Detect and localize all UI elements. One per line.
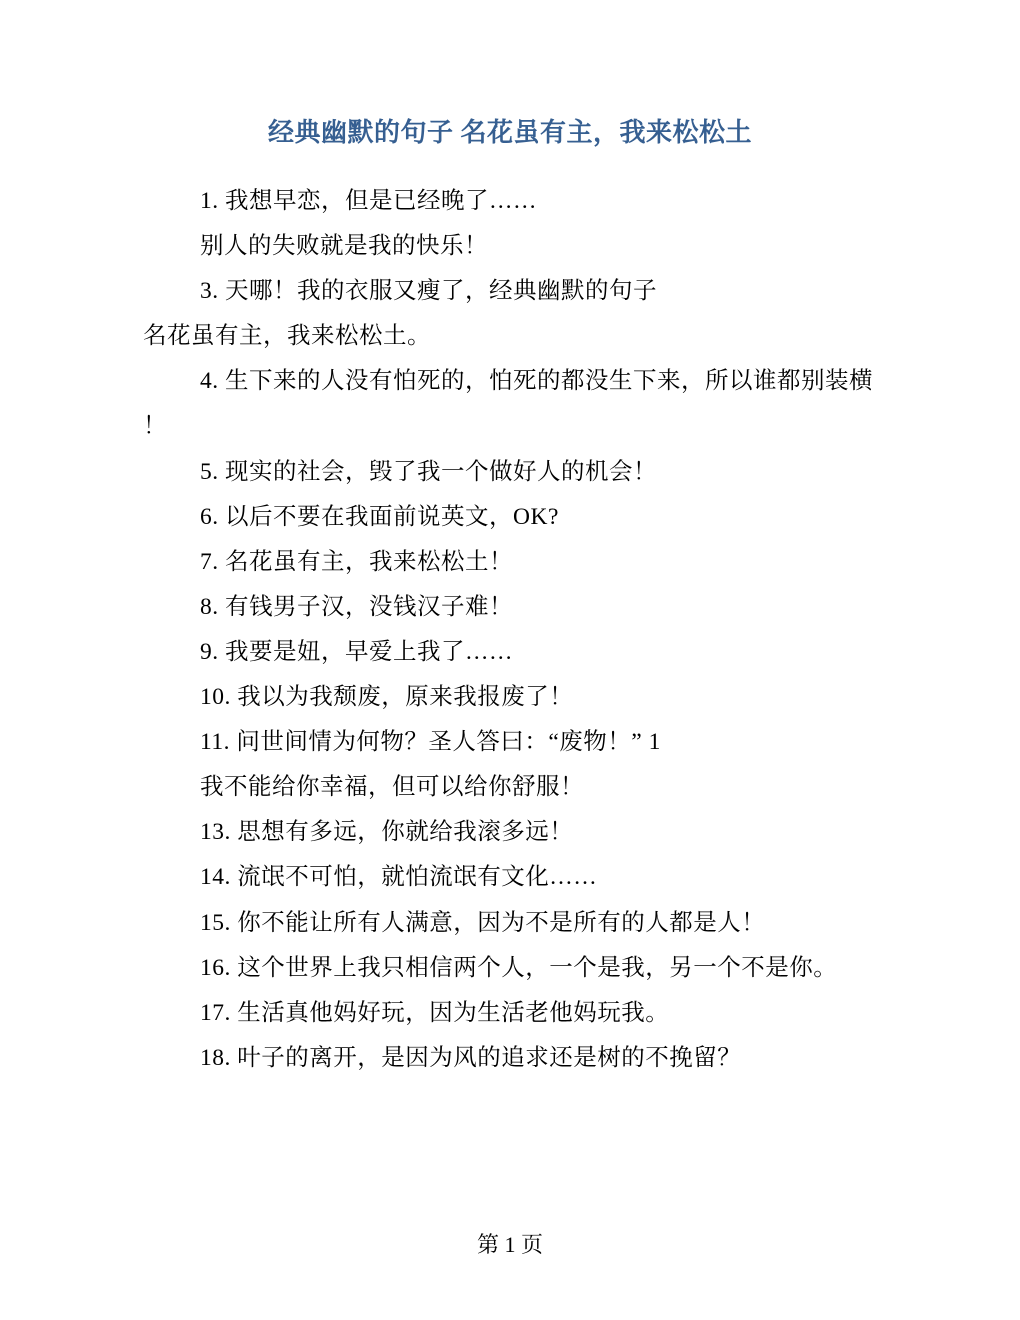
text-line: 4. 生下来的人没有怕死的，怕死的都没生下来，所以谁都别装横	[143, 359, 883, 404]
page-number: 第 1 页	[0, 1230, 1020, 1260]
text-line: 18. 叶子的离开，是因为风的追求还是树的不挽留？	[143, 1036, 883, 1081]
text-line: 8. 有钱男子汉，没钱汉子难！	[143, 585, 883, 630]
document-page: 经典幽默的句子 名花虽有主，我来松松土 1. 我想早恋，但是已经晚了……别人的失…	[0, 0, 1020, 1320]
text-line: 名花虽有主，我来松松土。	[143, 314, 883, 359]
text-line: 7. 名花虽有主，我来松松土！	[143, 540, 883, 585]
text-line: 10. 我以为我颓废，原来我报废了！	[143, 675, 883, 720]
text-line: 9. 我要是妞，早爱上我了……	[143, 630, 883, 675]
text-line: 3. 天哪！我的衣服又瘦了，经典幽默的句子	[143, 269, 883, 314]
text-line: 5. 现实的社会，毁了我一个做好人的机会！	[143, 450, 883, 495]
text-line: 16. 这个世界上我只相信两个人，一个是我，另一个不是你。	[143, 946, 883, 991]
text-line: 11. 问世间情为何物？圣人答曰：“废物！” 1	[143, 720, 883, 765]
text-line: ！	[143, 404, 883, 449]
text-line: 别人的失败就是我的快乐！	[143, 224, 883, 269]
document-body: 1. 我想早恋，但是已经晚了……别人的失败就是我的快乐！3. 天哪！我的衣服又瘦…	[143, 179, 883, 1081]
text-line: 1. 我想早恋，但是已经晚了……	[143, 179, 883, 224]
text-line: 6. 以后不要在我面前说英文，OK?	[143, 495, 883, 540]
text-line: 15. 你不能让所有人满意，因为不是所有的人都是人！	[143, 901, 883, 946]
text-line: 14. 流氓不可怕，就怕流氓有文化……	[143, 855, 883, 900]
text-line: 我不能给你幸福，但可以给你舒服！	[143, 765, 883, 810]
text-line: 17. 生活真他妈好玩，因为生活老他妈玩我。	[143, 991, 883, 1036]
document-title: 经典幽默的句子 名花虽有主，我来松松土	[0, 114, 1020, 152]
text-line: 13. 思想有多远，你就给我滚多远！	[143, 810, 883, 855]
